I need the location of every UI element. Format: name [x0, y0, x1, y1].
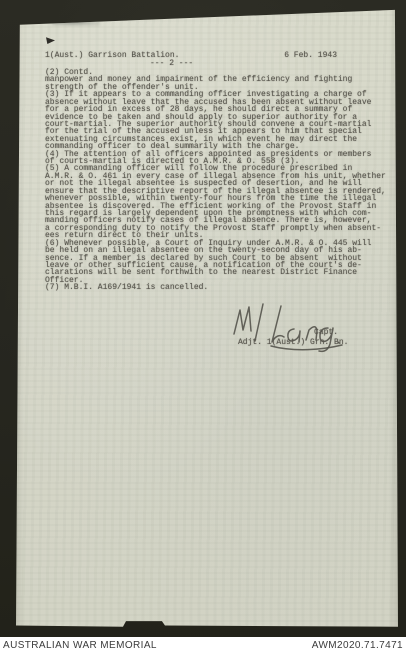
institution-name: AUSTRALIAN WAR MEMORIAL [3, 640, 157, 651]
footer-bar: AUSTRALIAN WAR MEMORIAL AWM2020.71.7471 [0, 637, 406, 653]
signature-rank: Capt. [314, 328, 338, 337]
document-body: (2) Contd.manpower and money and impairm… [45, 69, 390, 292]
signature-title: Adjt. 1(Aust.) Grn. Bn. [238, 338, 348, 347]
pencil-annotation [52, 18, 100, 27]
document-page: 1(Aust.) Garrison Battalion. 6 Feb. 1943… [16, 8, 398, 628]
document-date: 6 Feb. 1943 [284, 51, 337, 60]
body-line: (7) M.B.I. A169/1941 is cancelled. [45, 284, 390, 291]
signature-block: Capt. Adjt. 1(Aust.) Grn. Bn. [226, 301, 386, 353]
body-line: clarations will be sent forthwith to the… [45, 269, 390, 276]
accession-number: AWM2020.71.7471 [312, 640, 403, 651]
scan-photograph: 1(Aust.) Garrison Battalion. 6 Feb. 1943… [0, 0, 406, 653]
ink-arrow-mark [46, 36, 55, 44]
page-number: --- 2 --- [150, 59, 193, 68]
